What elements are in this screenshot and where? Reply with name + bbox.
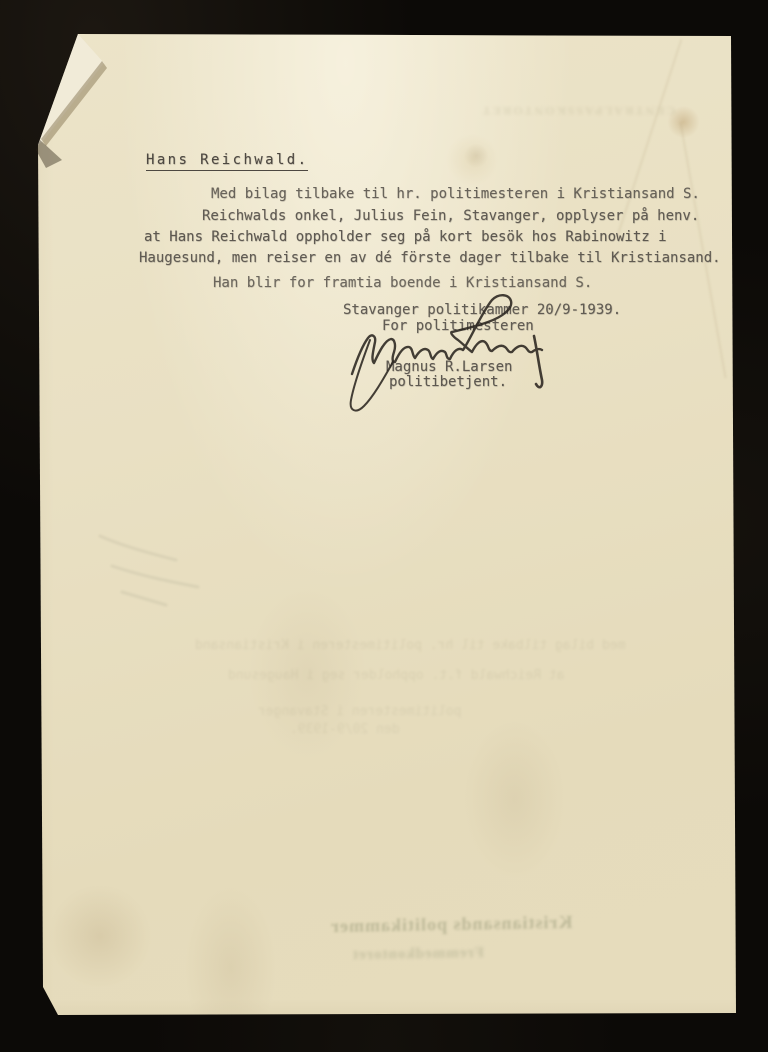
handwritten-signature xyxy=(0,0,768,1052)
scanned-document-photo: CENTRALPASSKONTORET med bilag tilbake ti… xyxy=(0,0,768,1052)
